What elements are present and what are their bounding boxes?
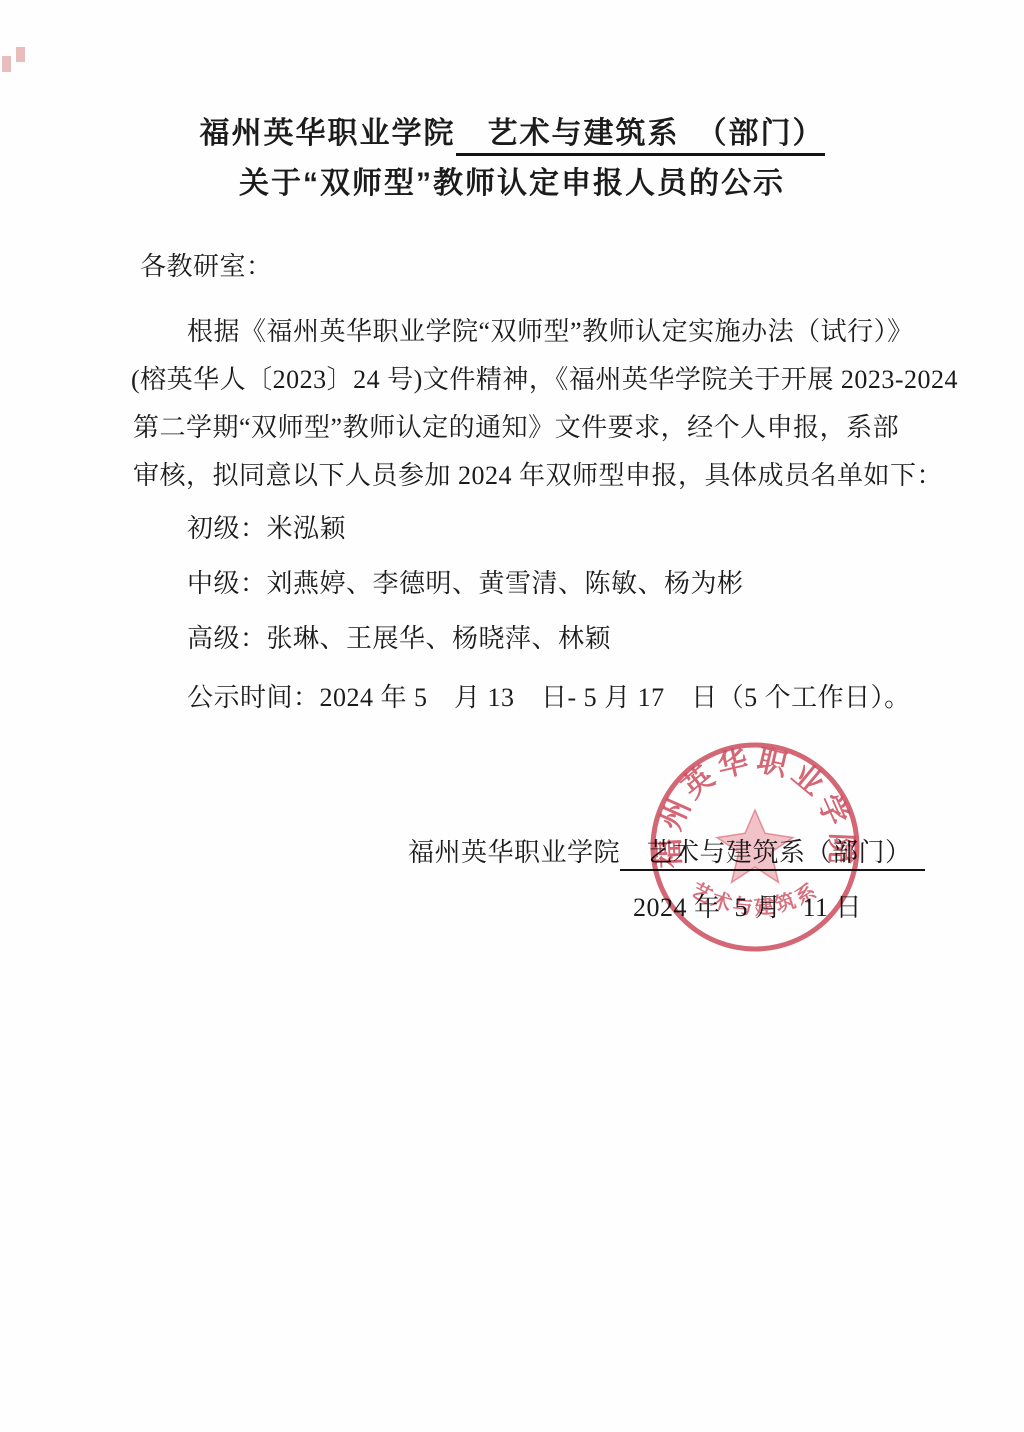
list-item-senior: 高级：张琳、王展华、杨晓萍、林颖	[187, 622, 611, 656]
signature-school-name: 福州英华职业学院	[408, 838, 620, 867]
scan-artifact-mark	[16, 47, 25, 62]
paragraph-line: (榕英华人〔2023〕24 号)文件精神，《福州英华学院关于开展 2023-20…	[131, 363, 958, 397]
scan-artifact-mark	[2, 56, 11, 72]
list-item-junior: 初级：米泓颖	[187, 512, 346, 546]
paragraph-line: 审核，拟同意以下人员参加 2024 年双师型申报，具体成员名单如下：	[133, 459, 943, 493]
title-department-underlined: 艺术与建筑系 （部门）	[456, 117, 825, 156]
title-school-name: 福州英华职业学院	[200, 117, 456, 150]
signature-department-underlined: 艺术与建筑系（部门）	[620, 838, 925, 871]
signature-line: 福州英华职业学院 艺术与建筑系（部门）	[408, 836, 925, 870]
document-page: 福州英华职业学院 艺术与建筑系 （部门） 关于“双师型”教师认定申报人员的公示 …	[0, 0, 1024, 1432]
document-title-line2: 关于“双师型”教师认定申报人员的公示	[0, 158, 1024, 202]
signature-date: 2024 年 5 月 11 日	[633, 891, 862, 925]
document-title-line1: 福州英华职业学院 艺术与建筑系 （部门）	[0, 108, 1024, 152]
notice-period: 公示时间：2024 年 5 月 13 日- 5 月 17 日（5 个工作日）。	[187, 681, 911, 715]
salutation: 各教研室：	[140, 250, 273, 284]
list-item-intermediate: 中级：刘燕婷、李德明、黄雪清、陈敏、杨为彬	[187, 567, 744, 601]
paragraph-line: 第二学期“双师型”教师认定的通知》文件要求，经个人申报，系部	[133, 411, 899, 445]
paragraph-line: 根据《福州英华职业学院“双师型”教师认定实施办法（试行）》	[187, 315, 914, 349]
